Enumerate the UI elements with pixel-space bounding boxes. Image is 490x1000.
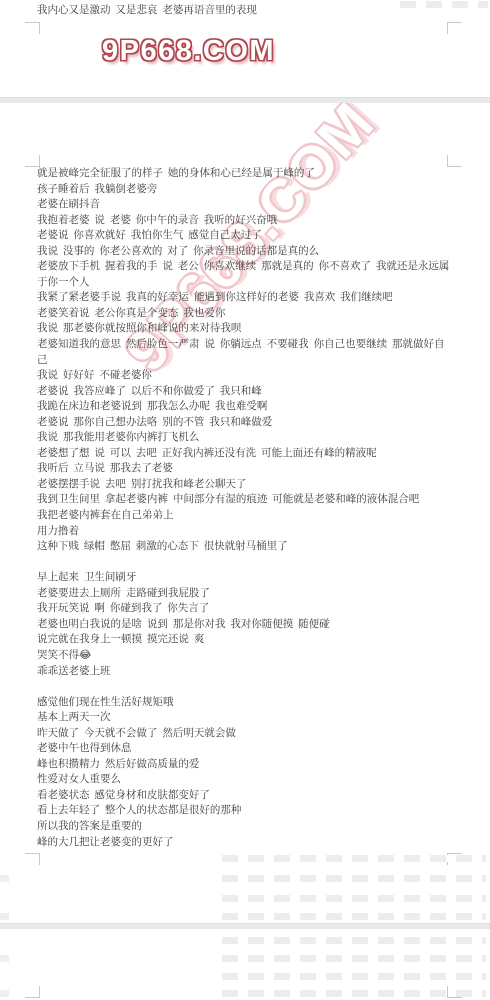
text-line	[37, 679, 457, 695]
text-line: 所以我的答案是重要的	[37, 819, 457, 835]
page-1: 我内心又是激动 又是悲哀 老婆再语音里的表现 9P668.COM	[0, 0, 490, 97]
text-line: 我到卫生间里 拿起老婆内裤 中间部分有湿的痕迹 可能就是老婆和峰的液体混合吧	[37, 492, 457, 508]
text-line: 就是被峰完全征服了的样子 她的身体和心已经是属于峰的了	[37, 166, 457, 182]
text-line: 老婆放下手机 握着我的手 说 老公 你喜欢继续 那就是真的 你不喜欢了 我就还是…	[37, 259, 457, 275]
text-line: 早上起来 卫生间刷牙	[37, 570, 457, 586]
ghost-text-row	[222, 937, 486, 944]
text-line: 基本上两天一次	[37, 710, 457, 726]
ghost-text-row	[222, 955, 486, 962]
ghost-text-row	[0, 875, 9, 882]
text-boundary-mark-bottom-right	[447, 22, 462, 34]
text-line: 看老婆状态 感觉身材和皮肤都变好了	[37, 788, 457, 804]
text-line: 我跪在床边和老婆说到 那我怎么办呢 我也难受啊	[37, 399, 457, 415]
text-line: 我说 那老婆你就按照你和峰说的来对待我呗	[37, 321, 457, 337]
text-line: 我抱着老婆 说 老婆 你中午的录音 我听的好兴奋哦	[37, 213, 457, 229]
text-line: 老婆说 那你自己想办法咯 别的不管 我只和峰做爱	[37, 415, 457, 431]
text-line: 哭笑不得😂	[37, 648, 457, 664]
text-line: 昨天做了 今天就不会做了 然后明天就会做	[37, 726, 457, 742]
text-boundary-mark-bottom-left	[25, 22, 40, 34]
page1-text-line: 我内心又是激动 又是悲哀 老婆再语音里的表现	[37, 3, 257, 17]
page-3	[0, 929, 490, 1000]
text-line: 己	[37, 353, 457, 369]
text-boundary-mark-top-left	[25, 986, 40, 998]
text-line: 看上去年轻了 整个人的状态都是很好的那种	[37, 803, 457, 819]
text-line: 老婆在刷抖音	[37, 197, 457, 213]
text-line: 用力撸着	[37, 524, 457, 540]
text-line: 老婆说 我答应峰了 以后不和你做爱了 我只和峰	[37, 384, 457, 400]
text-boundary-mark-bottom-left	[25, 853, 40, 865]
text-line	[37, 555, 457, 571]
text-line: 老婆摆摆手说 去吧 别打扰我和峰老公聊天了	[37, 477, 457, 493]
ghost-text-row	[0, 913, 9, 920]
text-line: 我紧了紧老婆手说 我真的好幸运 能遇到你这样好的老婆 我喜欢 我们继续吧	[37, 290, 457, 306]
text-line: 孩子睡着后 我躺倒老婆旁	[37, 182, 457, 198]
text-line: 老婆想了想 说 可以 去吧 正好我内裤还没有洗 可能上面还有峰的精液呢	[37, 446, 457, 462]
text-line: 我把老婆内裤套在自己弟弟上	[37, 508, 457, 524]
text-line: 老婆中午也得到休息	[37, 741, 457, 757]
text-line: 峰也积攒精力 然后好做高质量的爱	[37, 757, 457, 773]
text-line: 老婆也明白我说的是啥 说到 那是你对我 我对你随便摸 随便碰	[37, 617, 457, 633]
text-line: 我说 那我能用老婆你内裤打飞机么	[37, 430, 457, 446]
text-line: 性爱对女人重要么	[37, 772, 457, 788]
ghost-text-row	[222, 855, 486, 862]
ghost-text-row	[222, 875, 486, 882]
text-boundary-mark-top-right	[447, 986, 462, 998]
text-line: 说完就在我身上一顿摸 摸完还说 爽	[37, 632, 457, 648]
text-line: 乖乖送老婆上班	[37, 664, 457, 680]
text-line: 老婆要进去上厕所 走路碰到我屁股了	[37, 586, 457, 602]
site-logo: 9P668.COM	[102, 35, 275, 68]
ghost-text-row	[400, 1, 488, 8]
text-line: 感觉他们现在性生活好规矩哦	[37, 695, 457, 711]
text-line: 峰的大几把让老婆变的更好了	[37, 835, 457, 851]
text-line: 于你一个人	[37, 275, 457, 291]
text-line: 我开玩笑说 啊 你碰到我了 你失言了	[37, 601, 457, 617]
text-line: 老婆说 你喜欢就好 我怕你生气 感觉自己太过了	[37, 228, 457, 244]
text-line: 老婆笑着说 老公你真是个变态 我也爱你	[37, 306, 457, 322]
ghost-text-row	[222, 895, 486, 902]
ghost-text-row	[0, 990, 9, 997]
text-line: 我说 没事的 你老公喜欢的 对了 你录音里说的话都是真的么	[37, 244, 457, 260]
page-2: 9P668.COM 就是被峰完全征服了的样子 她的身体和心已经是属于峰的了孩子睡…	[0, 103, 490, 923]
body-text: 就是被峰完全征服了的样子 她的身体和心已经是属于峰的了孩子睡着后 我躺倒老婆旁老…	[37, 166, 457, 850]
ghost-text-row	[222, 973, 486, 980]
text-line: 我说 好好好 不碰老婆你	[37, 368, 457, 384]
ghost-text-row	[0, 955, 9, 962]
text-line: 这种下贱 绿帽 憋屈 刺激的心态下 很快就射马桶里了	[37, 539, 457, 555]
text-line: 我听后 立马说 那我去了老婆	[37, 461, 457, 477]
document-viewer: 我内心又是激动 又是悲哀 老婆再语音里的表现 9P668.COM 9P668.C…	[0, 0, 490, 1000]
text-line: 老婆知道我的意思 然后脸色一严肃 说 你躺远点 不要碰我 你自己也要继续 那就做…	[37, 337, 457, 353]
ghost-text-row	[222, 913, 486, 920]
